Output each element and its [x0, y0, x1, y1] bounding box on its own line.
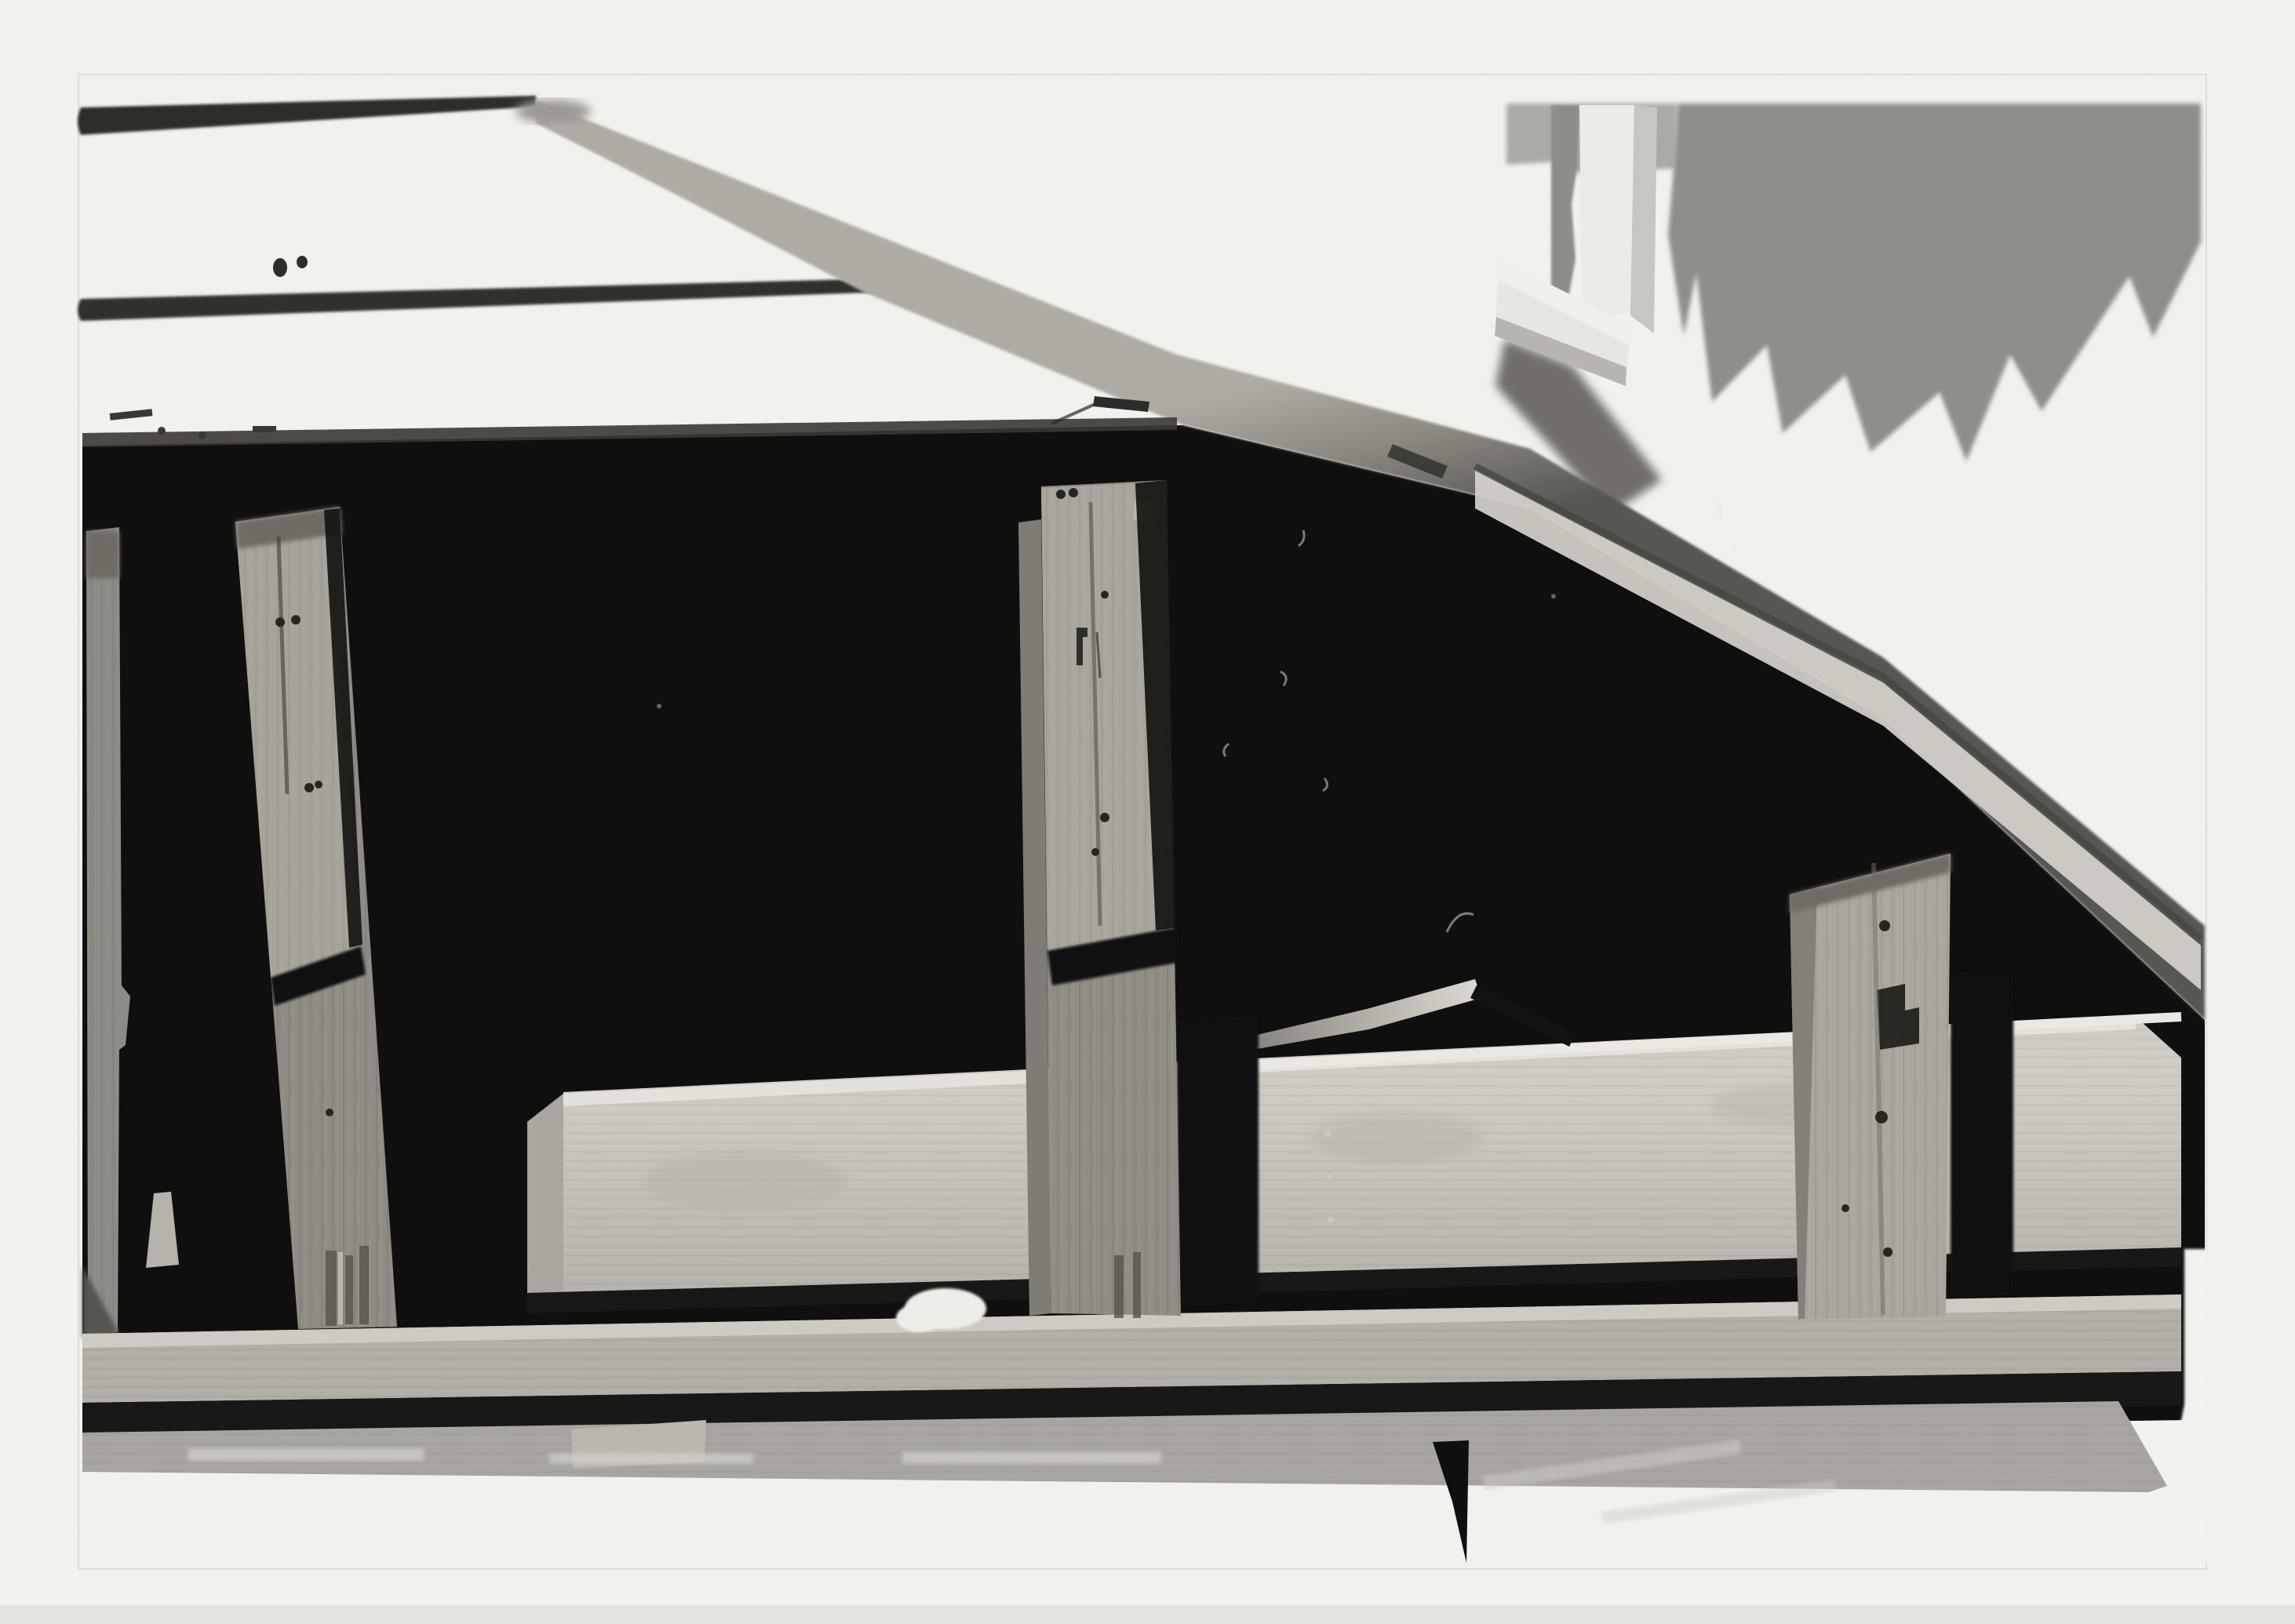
- photo-scan: [0, 0, 2295, 1624]
- photograph: [0, 0, 2295, 1624]
- scan-strip: [0, 1605, 2295, 1624]
- film-grain: [78, 75, 2206, 1569]
